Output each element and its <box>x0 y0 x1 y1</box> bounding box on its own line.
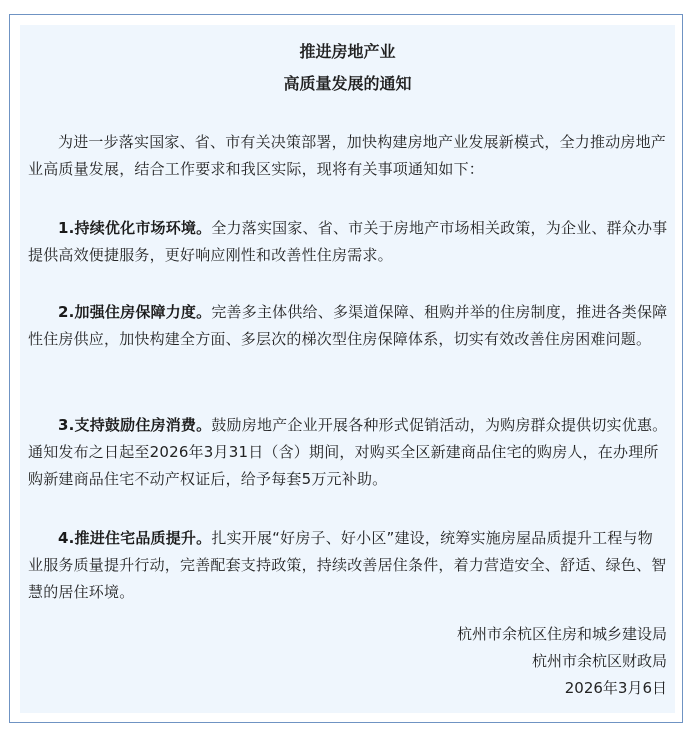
item-paragraph-3: 3.支持鼓励住房消费。鼓励房地产企业开展各种形式促销活动，为购房群众提供切实优惠… <box>28 412 668 493</box>
item-heading-2: 2.加强住房保障力度。 <box>58 303 211 321</box>
signature-org-2: 杭州市余杭区财政局 <box>532 648 667 675</box>
item-paragraph-2: 2.加强住房保障力度。完善多主体供给、多渠道保障、租购并举的住房制度，推进各类保… <box>28 299 668 353</box>
notice-panel: 推进房地产业 高质量发展的通知 为进一步落实国家、省、市有关决策部署，加快构建房… <box>20 25 675 713</box>
item-heading-4: 4.推进住宅品质提升。 <box>58 529 211 547</box>
notice-frame: 推进房地产业 高质量发展的通知 为进一步落实国家、省、市有关决策部署，加快构建房… <box>9 14 683 723</box>
item-heading-1: 1.持续优化市场环境。 <box>58 219 211 237</box>
item-paragraph-4: 4.推进住宅品质提升。扎实开展“好房子、好小区”建设，统筹实施房屋品质提升工程与… <box>28 525 668 606</box>
intro-paragraph: 为进一步落实国家、省、市有关决策部署，加快构建房地产业发展新模式，全力推动房地产… <box>28 129 668 183</box>
signature-org-1: 杭州市余杭区住房和城乡建设局 <box>457 621 667 648</box>
title-line-1: 推进房地产业 <box>20 39 675 62</box>
item-paragraph-1: 1.持续优化市场环境。全力落实国家、省、市关于房地产市场相关政策，为企业、群众办… <box>28 215 668 269</box>
signature-date: 2026年3月6日 <box>565 675 667 702</box>
item-heading-3: 3.支持鼓励住房消费。 <box>58 416 211 434</box>
title-line-2: 高质量发展的通知 <box>20 71 675 94</box>
